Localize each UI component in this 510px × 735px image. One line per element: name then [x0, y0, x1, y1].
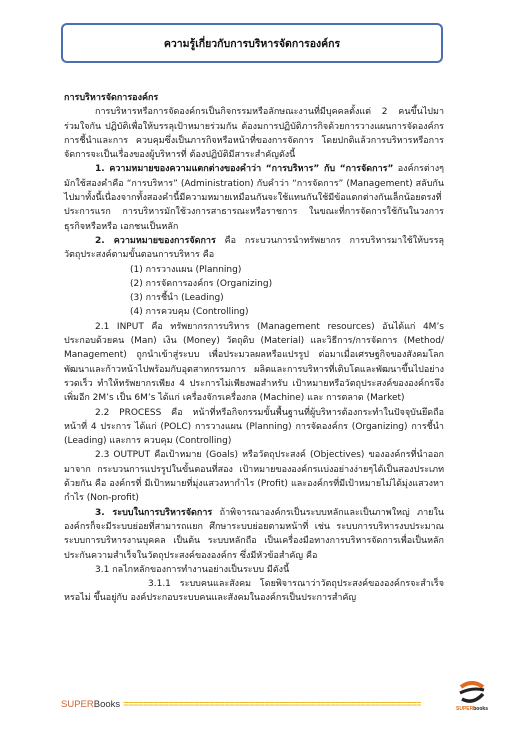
list-item: (3) การชี้นำ (Leading) — [64, 291, 444, 305]
paragraph-1-heading: 1. ความหมายของความแตกต่างของคำว่า “การบร… — [95, 164, 393, 174]
footer: SUPERBooks =============================… — [61, 697, 446, 711]
paragraph-2: 2. ความหมายของการจัดการ คือ กระบวนการนำท… — [64, 234, 444, 263]
paragraph-2-1-input: 2.1 INPUT คือ ทรัพยากรการบริหาร (Managem… — [64, 320, 444, 406]
intro-paragraph: การบริหารหรือการจัดองค์กรเป็นกิจกรรมหรือ… — [64, 105, 444, 162]
paragraph-3-heading: 3. ระบบในการบริหารจัดการ — [95, 508, 212, 518]
list-item: (2) การจัดการองค์กร (Organizing) — [64, 277, 444, 291]
paragraph-2-2-process: 2.2 PROCESS คือ หน้าที่หรือกิจกรรมขั้นพื… — [64, 406, 444, 449]
logo-wordmark: SUPERbooks — [447, 706, 497, 712]
section-heading: การบริหารจัดการองค์กร — [64, 91, 444, 105]
footer-brand-super: SUPER — [61, 699, 94, 710]
paragraph-3: 3. ระบบในการบริหารจัดการ ถ้าพิจารณาองค์ก… — [64, 506, 444, 563]
document-body: การบริหารจัดการองค์กร การบริหารหรือการจั… — [64, 91, 444, 606]
paragraph-3-1-1: 3.1.1 ระบบคนและสังคม โดยพิจารณาว่าวัตถุป… — [64, 577, 444, 606]
list-item: (1) การวางแผน (Planning) — [64, 263, 444, 277]
paragraph-2-heading: 2. ความหมายของการจัดการ — [95, 236, 216, 246]
footer-brand-books: Books — [94, 699, 120, 710]
paragraph-3-1: 3.1 กลไกหลักของการทำงานอย่างเป็นระบบ มีด… — [64, 563, 444, 577]
swoosh-logo-icon — [447, 681, 497, 707]
title-box: ความรู้เกี่ยวกับการบริหารจัดการองค์กร — [61, 23, 443, 63]
list-item: (4) การควบคุม (Controlling) — [64, 305, 444, 319]
page-title: ความรู้เกี่ยวกับการบริหารจัดการองค์กร — [164, 35, 340, 52]
footer-rule: ========================================… — [123, 699, 446, 710]
paragraph-1-text: องค์กรต่างๆมักใช้สองคำคือ “การบริหาร” (A… — [64, 164, 444, 231]
superbooks-logo: SUPERbooks — [447, 681, 497, 715]
paragraph-2-3-output: 2.3 OUTPUT คือเป้าหมาย (Goals) หรือวัตถุ… — [64, 448, 444, 505]
paragraph-1: 1. ความหมายของความแตกต่างของคำว่า “การบร… — [64, 162, 444, 233]
